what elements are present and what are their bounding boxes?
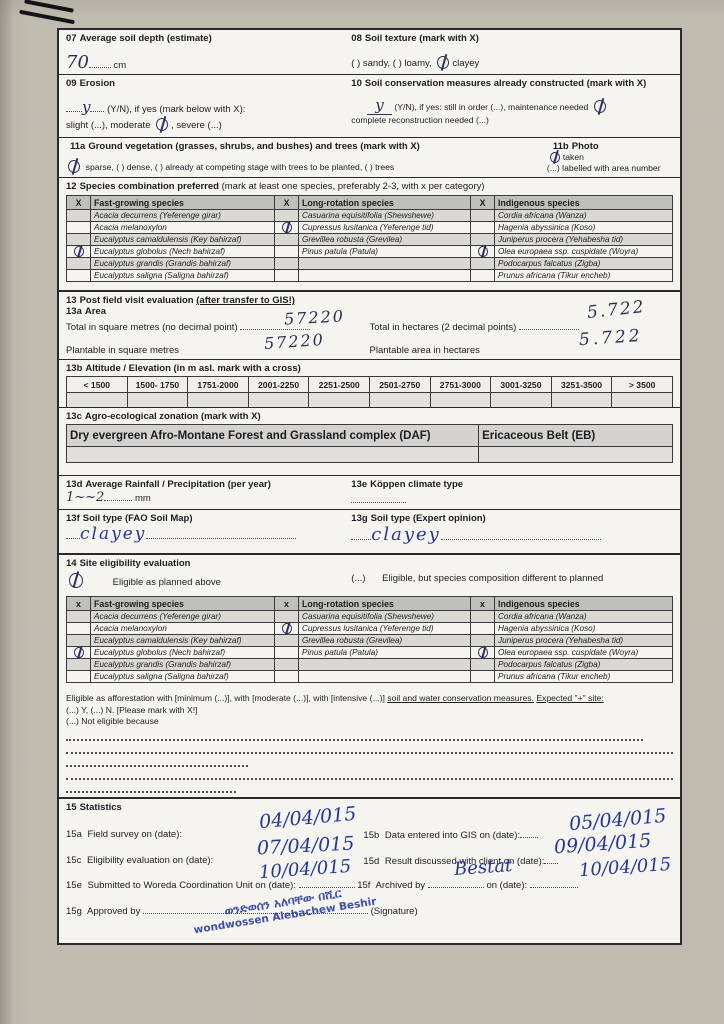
check-mark-icon	[68, 572, 83, 588]
post-field-visit-note: (after transfer to GIS!)	[196, 295, 295, 306]
section-number: 07	[66, 33, 77, 44]
check-mark-icon	[477, 246, 488, 258]
total-sqm-value: 57220	[284, 306, 346, 328]
species-name: Juniperus procera (Yehabesha tid)	[495, 635, 673, 647]
x-column-header: X	[471, 196, 495, 210]
species-row: Eucalyptus camaldulensis (Key bahirzaf) …	[67, 635, 673, 647]
altitude-col: 1500- 1750	[127, 377, 188, 393]
section-number: 11b	[553, 141, 569, 152]
section-number: 15	[66, 802, 77, 813]
check-mark-icon	[155, 117, 168, 131]
species-table-14: x Fast-growing species x Long-rotation s…	[66, 596, 673, 683]
x-column-header: x	[471, 597, 495, 611]
long-species-header: Long-rotation species	[299, 597, 471, 611]
species-name	[299, 258, 471, 270]
photo-label: Photo	[572, 141, 599, 152]
species-name: Hagenia abyssinica (Koso)	[495, 222, 673, 234]
check-mark-icon	[73, 647, 84, 659]
soil-texture-marked: clayey	[452, 58, 479, 69]
altitude-mark-row	[67, 393, 673, 408]
altitude-col: 3001-3250	[491, 377, 552, 393]
species-row: Eucalyptus saligna (Saligna bahirzaf) Pr…	[67, 671, 673, 683]
section-number: 10	[351, 78, 362, 89]
species-name: Grevillea robusta (Grevilea)	[299, 635, 471, 647]
species-name: Eucalyptus saligna (Saligna bahirzaf)	[91, 270, 275, 282]
species-row: Eucalyptus camaldulensis (Key bahirzaf) …	[67, 234, 673, 246]
eligible-alt-option: Eligible, but species composition differ…	[382, 573, 603, 584]
section-number: 12	[66, 181, 77, 192]
soil-conservation-options: (Y/N), if yes: still in order (...), mai…	[394, 102, 588, 112]
site-eligibility-label: Site eligibility evaluation	[80, 558, 191, 569]
stat-num: 15g	[66, 906, 82, 917]
altitude-col: 2751-3000	[430, 377, 491, 393]
species-name: Hagenia abyssinica (Koso)	[495, 623, 673, 635]
field-evaluation-form: 07Average soil depth (estimate) 70 cm 08…	[57, 28, 682, 945]
stat-num: 15c	[66, 855, 81, 866]
section-number: 11a	[70, 141, 85, 152]
species-combination-label: Species combination preferred	[80, 181, 219, 192]
section-13b: 13bAltitude / Elevation (in m asl. mark …	[59, 360, 680, 408]
x-column-header: x	[67, 597, 91, 611]
soil-texture-options: ( ) sandy, ( ) loamy,	[351, 58, 431, 69]
section-13d-13e: 13dAverage Rainfall / Precipitation (per…	[59, 476, 680, 510]
species-name: Grevillea robusta (Grevilea)	[299, 234, 471, 246]
pen-mark	[24, 0, 74, 13]
plantable-sqm-label: Plantable in square metres	[66, 345, 179, 356]
species-name: Acacia decurrens (Yeferenge girar)	[91, 210, 275, 222]
eligible-option: Eligible as planned above	[113, 577, 221, 588]
species-name: Podocarpus falcatus (Zigba)	[495, 258, 673, 270]
erosion-label: Erosion	[80, 78, 115, 89]
area-label: Area	[85, 306, 106, 317]
species-row: Eucalyptus globolus (Nech bahirzaf) Pinu…	[67, 647, 673, 659]
statistics-label: Statistics	[80, 802, 122, 813]
post-field-visit-label: Post field visit evaluation	[80, 295, 194, 306]
check-mark-icon	[593, 99, 606, 113]
section-number: 14	[66, 558, 77, 569]
zonation-mark-row	[67, 447, 673, 463]
altitude-table: < 1500 1500- 1750 1751-2000 2001-2250 22…	[66, 376, 673, 408]
zone-eb: Ericaceous Belt (EB)	[479, 425, 673, 447]
blank-dotted-line	[66, 781, 236, 793]
check-mark-icon	[73, 246, 84, 258]
fast-species-header: Fast-growing species	[91, 196, 275, 210]
species-name: Eucalyptus globolus (Nech bahirzaf)	[91, 246, 275, 258]
altitude-col: > 3500	[612, 377, 673, 393]
not-eligible-label: (...) Not eligible because	[66, 716, 673, 728]
species-name: Eucalyptus grandis (Grandis bahirzaf)	[91, 258, 275, 270]
soil-texture-label: Soil texture (mark with X)	[365, 33, 479, 44]
section-number: 13	[66, 295, 77, 306]
section-number: 08	[351, 33, 362, 44]
blank-dotted-line	[66, 768, 673, 780]
species-name: Acacia melanoxylon	[91, 623, 275, 635]
archived-by-name: Bestat	[453, 855, 513, 880]
long-species-header: Long-rotation species	[299, 196, 471, 210]
soil-fao-value: clayey	[80, 524, 146, 544]
check-mark-icon	[67, 159, 80, 173]
species-name: Olea europaea ssp. cuspidate (Woyra)	[495, 246, 673, 258]
species-name: Casuarina equisitifolia (Shewshewe)	[299, 210, 471, 222]
species-name: Eucalyptus grandis (Grandis bahirzaf)	[91, 659, 275, 671]
section-12: 12Species combination preferred (mark at…	[59, 178, 680, 292]
plantable-ha-label: Plantable area in hectares	[370, 345, 480, 356]
species-name: Cordia africana (Wanza)	[495, 611, 673, 623]
section-number: 13d	[66, 479, 82, 490]
altitude-col: 3251-3500	[551, 377, 612, 393]
section-number: 13c	[66, 411, 82, 422]
x-column-header: X	[275, 196, 299, 210]
erosion-levels-suffix: , severe (...)	[171, 120, 222, 131]
ground-vegetation-options: sparse, ( ) dense, ( ) already at compet…	[86, 162, 395, 172]
species-name: Prunus africana (Tikur encheb)	[495, 270, 673, 282]
species-row: Acacia decurrens (Yeferenge girar) Casua…	[67, 611, 673, 623]
soil-conservation-yn-value: y	[367, 96, 391, 115]
stat-num: 15b	[363, 830, 379, 841]
rainfall-label: Average Rainfall / Precipitation (per ye…	[85, 479, 271, 490]
eligible-alt-paren: (...)	[351, 573, 365, 584]
erosion-yn-value: y	[82, 98, 90, 116]
section-11: 11aGround vegetation (grasses, shrubs, a…	[59, 138, 680, 178]
species-row: Eucalyptus globolus (Nech bahirzaf) Pinu…	[67, 246, 673, 258]
archived-on-label: on (date):	[486, 880, 527, 891]
species-name: Olea europaea ssp. cuspidate (Woyra)	[495, 647, 673, 659]
check-mark-icon	[281, 222, 292, 234]
species-table-12: X Fast-growing species X Long-rotation s…	[66, 195, 673, 282]
check-mark-icon	[477, 647, 488, 659]
photo-labelled: (...) labelled with area number	[547, 163, 661, 173]
species-name: Eucalyptus globolus (Nech bahirzaf)	[91, 647, 275, 659]
koppen-label: Köppen climate type	[370, 479, 463, 490]
field-survey-label: Field survey on (date):	[88, 829, 183, 840]
species-name: Eucalyptus camaldulensis (Key bahirzaf)	[91, 234, 275, 246]
altitude-col: 2251-2500	[309, 377, 370, 393]
species-row: Eucalyptus grandis (Grandis bahirzaf) Po…	[67, 258, 673, 270]
species-combination-note: (mark at least one species, preferably 2…	[222, 181, 485, 192]
section-number: 13f	[66, 513, 80, 524]
species-name: Podocarpus falcatus (Zigba)	[495, 659, 673, 671]
eligibility-eval-label: Eligibility evaluation on (date):	[87, 855, 213, 866]
section-07-08: 07Average soil depth (estimate) 70 cm 08…	[59, 30, 680, 75]
soil-expert-label: Soil type (Expert opinion)	[371, 513, 486, 524]
soil-fao-label: Soil type (FAO Soil Map)	[83, 513, 193, 524]
total-ha-label: Total in hectares (2 decimal points)	[370, 322, 517, 333]
scanned-form-page: 07Average soil depth (estimate) 70 cm 08…	[0, 0, 724, 1024]
species-name: Pinus patula (Patula)	[299, 647, 471, 659]
species-name: Cupressus lusitanica (Yeferenge tid)	[299, 623, 471, 635]
indigenous-species-header: Indigenous species	[495, 196, 673, 210]
photo-taken: taken	[563, 152, 584, 162]
eligibility-paragraph: Eligible as afforestation with [minimum …	[66, 693, 673, 705]
pen-mark	[19, 10, 75, 25]
erosion-levels: slight (...), moderate	[66, 120, 150, 131]
erosion-yn-label: (Y/N), if yes (mark below with X):	[107, 104, 245, 115]
species-name: Prunus africana (Tikur encheb)	[495, 671, 673, 683]
agro-zonation-label: Agro-ecological zonation (mark with X)	[85, 411, 261, 422]
soil-conservation-label: Soil conservation measures already const…	[365, 78, 646, 89]
species-name	[299, 270, 471, 282]
zonation-table: Dry evergreen Afro-Montane Forest and Gr…	[66, 424, 673, 463]
species-name: Acacia melanoxylon	[91, 222, 275, 234]
rainfall-unit: mm	[135, 493, 151, 504]
altitude-label: Altitude / Elevation (in m asl. mark wit…	[85, 363, 300, 374]
stat-num: 15d	[363, 856, 379, 867]
species-name: Acacia decurrens (Yeferenge girar)	[91, 611, 275, 623]
x-column-header: x	[275, 597, 299, 611]
section-14: 14Site eligibility evaluation Eligible a…	[59, 555, 680, 799]
ground-vegetation-label: Ground vegetation (grasses, shrubs, and …	[88, 141, 420, 152]
eligibility-yn: (...) Y, (...) N. [Please mark with X!]	[66, 705, 673, 717]
species-row: Eucalyptus grandis (Grandis bahirzaf) Po…	[67, 659, 673, 671]
stat-num: 15e	[66, 880, 82, 891]
section-number: 09	[66, 78, 77, 89]
stat-num: 15a	[66, 829, 82, 840]
gis-entered-label: Data entered into GIS on (date):	[385, 830, 520, 841]
section-number: 13e	[351, 479, 367, 490]
check-mark-icon	[281, 623, 292, 635]
soil-conservation-line2: complete reconstruction needed (...)	[351, 115, 489, 125]
species-name: Cordia africana (Wanza)	[495, 210, 673, 222]
section-number: 13a	[66, 306, 82, 317]
section-number: 13g	[351, 513, 367, 524]
soil-depth-unit: cm	[114, 60, 127, 71]
x-column-header: X	[67, 196, 91, 210]
altitude-col: 1751-2000	[188, 377, 249, 393]
species-name: Casuarina equisitifolia (Shewshewe)	[299, 611, 471, 623]
soil-depth-label: Average soil depth (estimate)	[80, 33, 212, 44]
altitude-col: 2501-2750	[369, 377, 430, 393]
approved-by-label: Approved by	[87, 906, 140, 917]
section-09-10: 09Erosion y (Y/N), if yes (mark below wi…	[59, 75, 680, 138]
blank-dotted-line	[66, 729, 643, 741]
species-name: Juniperus procera (Yehabesha tid)	[495, 234, 673, 246]
altitude-col: 2001-2250	[248, 377, 309, 393]
indigenous-species-header: Indigenous species	[495, 597, 673, 611]
species-name	[299, 659, 471, 671]
section-15: 15Statistics 15a Field survey on (date):…	[59, 799, 680, 943]
species-name: Eucalyptus saligna (Saligna bahirzaf)	[91, 671, 275, 683]
rainfall-value: 1~~2	[66, 490, 104, 505]
section-13f-13g: 13fSoil type (FAO Soil Map) clayey 13gSo…	[59, 510, 680, 555]
species-name: Eucalyptus camaldulensis (Key bahirzaf)	[91, 635, 275, 647]
section-13a: 13Post field visit evaluation (after tra…	[59, 292, 680, 360]
soil-depth-value: 70	[66, 52, 89, 73]
check-mark-icon	[549, 152, 560, 164]
soil-expert-value: clayey	[371, 524, 441, 545]
species-name: Cupressus lusitanica (Yeferenge tid)	[299, 222, 471, 234]
check-mark-icon	[437, 55, 450, 69]
section-number: 13b	[66, 363, 82, 374]
species-row: Acacia decurrens (Yeferenge girar) Casua…	[67, 210, 673, 222]
total-sqm-label: Total in square metres (no decimal point…	[66, 322, 238, 333]
blank-dotted-line	[66, 742, 673, 754]
species-name: Pinus patula (Patula)	[299, 246, 471, 258]
section-13c: 13cAgro-ecological zonation (mark with X…	[59, 408, 680, 476]
zone-daf: Dry evergreen Afro-Montane Forest and Gr…	[67, 425, 479, 447]
species-row: Acacia melanoxylon Cupressus lusitanica …	[67, 623, 673, 635]
species-row: Acacia melanoxylon Cupressus lusitanica …	[67, 222, 673, 234]
fast-species-header: Fast-growing species	[91, 597, 275, 611]
blank-dotted-line	[66, 755, 248, 767]
species-row: Eucalyptus saligna (Saligna bahirzaf) Pr…	[67, 270, 673, 282]
altitude-col: < 1500	[67, 377, 128, 393]
species-name	[299, 671, 471, 683]
